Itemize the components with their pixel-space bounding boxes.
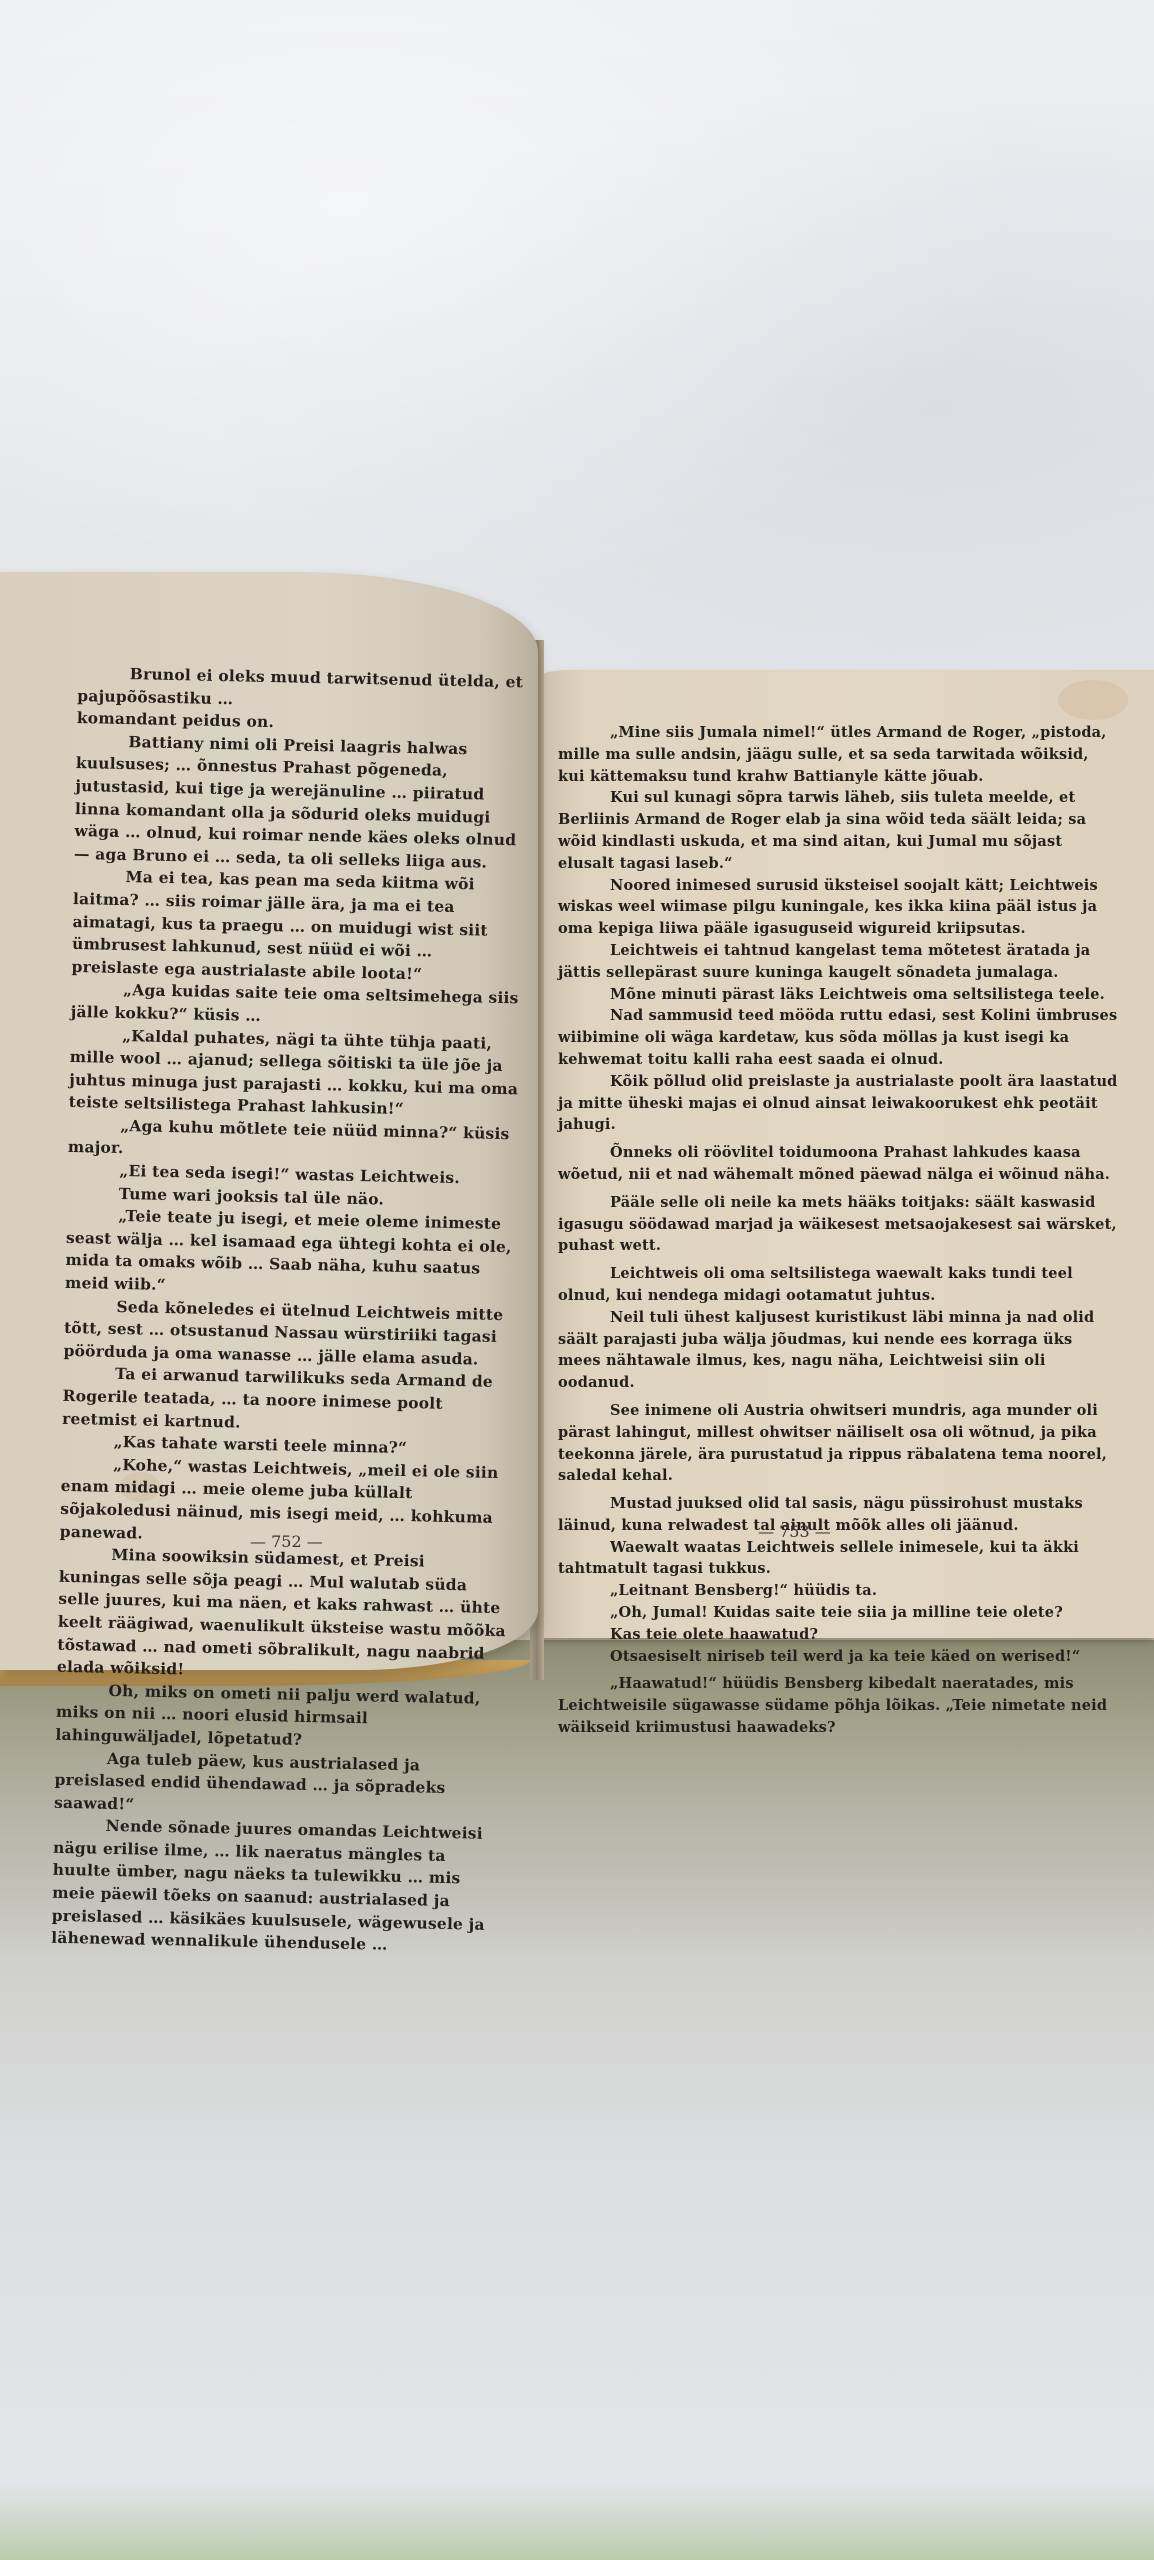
paragraph: „Oh, Jumal! Kuidas saite teie siia ja mi… bbox=[558, 1602, 1118, 1624]
paragraph: Noored inimesed surusid üksteisel soojal… bbox=[558, 875, 1118, 940]
paragraph: Waewalt waatas Leichtweis sellele inimes… bbox=[558, 1537, 1118, 1581]
paragraph: Pääle selle oli neile ka mets hääks toit… bbox=[558, 1192, 1118, 1257]
paper-stain bbox=[1058, 680, 1128, 720]
paragraph: Otsaesiselt niriseb teil werd ja ka teie… bbox=[558, 1646, 1118, 1668]
paragraph: „Mine siis Jumala nimel!“ ütles Armand d… bbox=[558, 722, 1118, 787]
paragraph: „Leitnant Bensberg!“ hüüdis ta. bbox=[558, 1580, 1118, 1602]
paragraph: Kas teie olete haawatud? bbox=[558, 1624, 1118, 1646]
paragraph: Kui sul kunagi sõpra tarwis läheb, siis … bbox=[558, 787, 1118, 874]
paragraph: Leichtweis oli oma seltsilistega waewalt… bbox=[558, 1263, 1118, 1307]
paragraph: Nende sõnade juures omandas Leichtweisi … bbox=[51, 1814, 504, 1959]
paragraph: Neil tuli ühest kaljusest kuristikust lä… bbox=[558, 1307, 1118, 1394]
paragraph: Nad sammusid teed mööda ruttu edasi, ses… bbox=[558, 1005, 1118, 1070]
paragraph: „Teie teate ju isegi, et meie oleme inim… bbox=[65, 1204, 517, 1304]
paragraph: Õnneks oli röövlitel toidumoona Prahast … bbox=[558, 1142, 1118, 1186]
paragraph: Kõik põllud olid preislaste ja austriala… bbox=[558, 1071, 1118, 1136]
left-page: Brunol ei oleks muud tarwitsenud ütelda,… bbox=[0, 572, 538, 1670]
right-page: „Mine siis Jumala nimel!“ ütles Armand d… bbox=[538, 670, 1154, 1638]
paragraph: Ma ei tea, kas pean ma seda kiitma wõi l… bbox=[71, 865, 523, 987]
paragraph: See inimene oli Austria ohwitseri mundri… bbox=[558, 1400, 1118, 1487]
paragraph: Aga tuleb päew, kus austrialased ja prei… bbox=[54, 1746, 505, 1823]
right-page-text: „Mine siis Jumala nimel!“ ütles Armand d… bbox=[558, 722, 1118, 1739]
paragraph: Mõne minuti pärast läks Leichtweis oma s… bbox=[558, 984, 1118, 1006]
paragraph: Ta ei arwanud tarwilikuks seda Armand de… bbox=[62, 1362, 513, 1439]
paragraph: „Haawatud!“ hüüdis Bensberg kibedalt nae… bbox=[558, 1673, 1118, 1738]
paragraph: Battiany nimi oli Preisi laagris halwas … bbox=[74, 730, 527, 875]
page-number: — 752 — bbox=[250, 1532, 323, 1551]
paragraph: Leichtweis ei tahtnud kangelast tema mõt… bbox=[558, 940, 1118, 984]
left-page-text: Brunol ei oleks muud tarwitsenud ütelda,… bbox=[51, 662, 528, 1959]
paragraph: Oh, miks on ometi nii palju werd walatud… bbox=[55, 1678, 506, 1755]
paragraph: „Kaldal puhates, nägi ta ühte tühja paat… bbox=[69, 1023, 521, 1123]
paragraph: Seda kõneledes ei ütelnud Leichtweis mit… bbox=[63, 1294, 514, 1371]
page-number: — 753 — bbox=[758, 1522, 831, 1541]
paragraph: Mustad juuksed olid tal sasis, nägu püss… bbox=[558, 1493, 1118, 1537]
paragraph: Mina soowiksin südamest, et Preisi kunin… bbox=[57, 1543, 510, 1688]
